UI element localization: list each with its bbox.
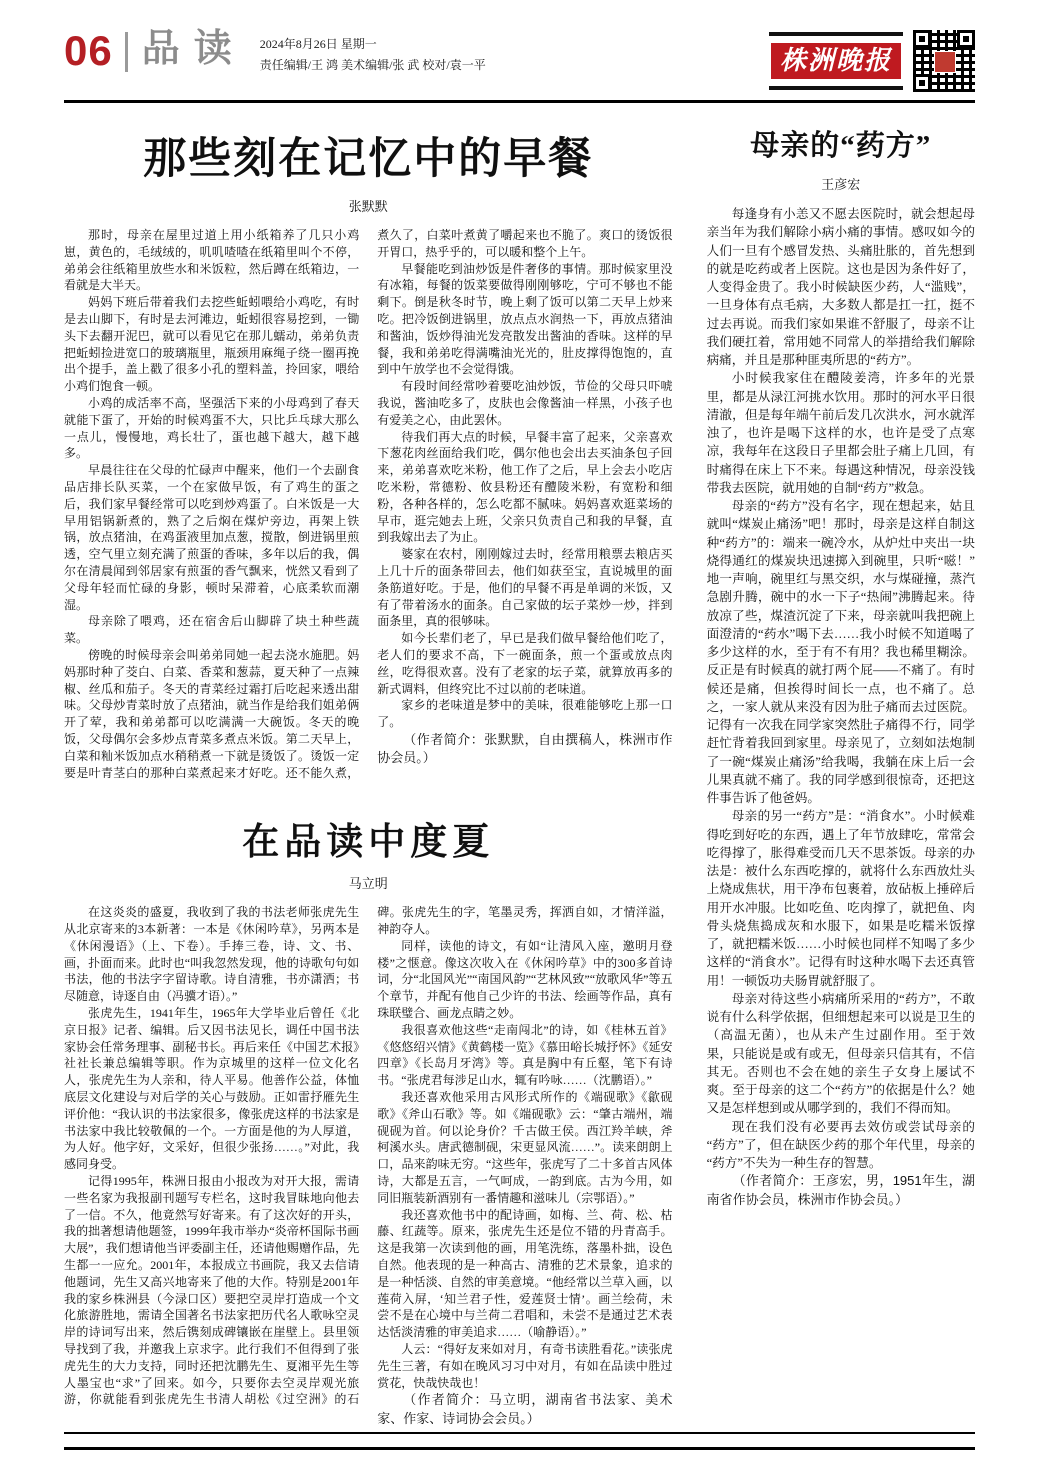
newspaper-page: 06 品读 2024年8月26日 星期一 责任编辑/王 鸿 美术编辑/张 武 校…	[0, 0, 1039, 1459]
paragraph: 妈妈下班后带着我们去挖些蚯蚓喂给小鸡吃，有时是去山脚下，有时是去河滩边，蚯蚓很容…	[64, 294, 359, 395]
paragraph: 我还喜欢他书中的配诗画，如梅、兰、荷、松、枯藤、红蔬等。原来，张虎先生还是位不错…	[377, 1207, 672, 1341]
section-title: 品读	[142, 30, 246, 70]
paragraph: 那时，母亲在屋里过道上用小纸箱养了几只小鸡崽，黄色的，毛绒绒的，叽叽喳喳在纸箱里…	[64, 227, 359, 294]
article-summer-reading: 在品读中度夏 马立明 在这炎炎的盛夏，我收到了我的书法老师张虎先生从北京寄来的3…	[64, 811, 673, 1459]
article-author: 马立明	[64, 873, 673, 892]
paragraph: 同样，读他的诗文，有如“让清风入座，邀明月登楼”之惬意。像这次收入在《休闲吟草》…	[377, 938, 672, 1022]
article-body: 那时，母亲在屋里过道上用小纸箱养了几只小鸡崽，黄色的，毛绒绒的，叽叽喳喳在纸箱里…	[64, 227, 673, 781]
article-author: 张默默	[64, 196, 673, 215]
author-bio: （作者简介：马立明，湖南省书法家、美术家、作家、诗词协会会员。）	[377, 1391, 672, 1427]
paragraph: 张虎先生，1941年生，1965年大学毕业后曾任《北京日报》记者、编辑。后又因书…	[64, 1005, 359, 1173]
qr-finder-icon	[957, 30, 975, 48]
paragraph: 母亲除了喂鸡，还在宿舍后山脚辟了块土种些蔬菜。	[64, 613, 359, 647]
paragraph: 有段时间经常吵着要吃油炒饭，节俭的父母只吓唬我说，酱油吃多了，皮肤也会像酱油一样…	[377, 378, 672, 428]
paragraph: 母亲的“药方”没有名字，现在想起来，姑且就叫“煤炭止痛汤”吧！那时，母亲是这样自…	[707, 497, 975, 807]
article-body: 每逢身有小恙又不愿去医院时，就会想起母亲当年为我们解除小病小痛的事情。感叹如今的…	[707, 205, 975, 1210]
bottom-rule	[64, 1432, 975, 1434]
article-title: 母亲的“药方”	[707, 123, 975, 164]
paragraph: 如今长辈们老了，早已是我们做早餐给他们吃了，老人们的要求不高，下一碗面条，煎一个…	[377, 630, 672, 697]
paragraph: 小时候我家住在醴陵姜湾，许多年的光景里，都是从渌江河挑水饮用。那时的河水平日很清…	[707, 369, 975, 497]
paragraph: 现在我们没有必要再去效仿或尝试母亲的“药方”了，但在缺医少药的那个年代里，母亲的…	[707, 1118, 975, 1173]
author-bio: （作者简介：张默默，自由撰稿人，株洲市作协会员。）	[377, 731, 672, 767]
left-articles-zone: 那些刻在记忆中的早餐 张默默 那时，母亲在屋里过道上用小纸箱养了几只小鸡崽，黄色…	[64, 109, 673, 1459]
paragraph: 母亲的另一“药方”是：“消食水”。小时候难得吃到好吃的东西，遇上了年节放肆吃，常…	[707, 807, 975, 990]
paragraph: 早晨往往在父母的忙碌声中醒来，他们一个去副食品店排长队买菜，一个在家做早饭，有了…	[64, 462, 359, 613]
article-mothers-remedy: 母亲的“药方” 王彦宏 每逢身有小恙又不愿去医院时，就会想起母亲当年为我们解除小…	[707, 109, 975, 1459]
header-divider	[125, 32, 128, 72]
qr-code-icon	[913, 30, 975, 92]
editors-line: 责任编辑/王 鸿 美术编辑/张 武 校对/袁一平	[260, 55, 486, 76]
paragraph: 人云：“得好友来如对月，有奇书读胜看花。”读张虎先生三著，有如在晚风习习中对月，…	[377, 1341, 672, 1391]
article-title: 在品读中度夏	[64, 811, 673, 865]
article-title: 那些刻在记忆中的早餐	[64, 125, 673, 186]
article-breakfast: 那些刻在记忆中的早餐 张默默 那时，母亲在屋里过道上用小纸箱养了几只小鸡崽，黄色…	[64, 125, 673, 781]
header-meta: 2024年8月26日 星期一 责任编辑/王 鸿 美术编辑/张 武 校对/袁一平	[260, 34, 486, 76]
qr-finder-icon	[913, 74, 931, 92]
paragraph: 在这炎炎的盛夏，我收到了我的书法老师张虎先生从北京寄来的3本新著：一本是《休闲吟…	[64, 904, 359, 1005]
paragraph: 婆家在农村，刚刚嫁过去时，经常用粮票去粮店买上几十斤的面条带回去，他们如获至宝，…	[377, 546, 672, 630]
page-header: 06 品读 2024年8月26日 星期一 责任编辑/王 鸿 美术编辑/张 武 校…	[64, 30, 975, 92]
paragraph: 我很喜欢他这些“走南闯北”的诗，如《桂林五首》《悠悠绍兴情》《黄鹤楼一览》《慕田…	[377, 1022, 672, 1089]
paragraph: 我还喜欢他采用古风形式所作的《端砚歌》《歙砚歌》《斧山石歌》等。如《端砚歌》云：…	[377, 1089, 672, 1207]
qr-finder-icon	[913, 30, 931, 48]
paragraph: 小鸡的成活率不高，坚强活下来的小母鸡到了春天就能下蛋了，开始的时候鸡蛋不大，只比…	[64, 395, 359, 462]
paragraph: 家乡的老味道是梦中的美味，很难能够吃上那一口了。	[377, 697, 672, 731]
page-number: 06	[64, 30, 113, 72]
article-author: 王彦宏	[707, 174, 975, 193]
paragraph: 每逢身有小恙又不愿去医院时，就会想起母亲当年为我们解除小病小痛的事情。感叹如今的…	[707, 205, 975, 369]
paragraph: 早餐能吃到油炒饭是件奢侈的事情。那时候家里没有冰箱，每餐的饭菜要做得刚刚够吃，宁…	[377, 261, 672, 379]
header-rule	[64, 100, 975, 103]
masthead-text: 株洲晚报	[771, 43, 901, 79]
paragraph: 母亲对待这些小病痛所采用的“药方”，不敢说有什么科学依据，但细想起来可以说是卫生…	[707, 990, 975, 1118]
qr-center-stamp-icon	[934, 51, 956, 73]
masthead-logo: 株洲晚报	[769, 32, 903, 90]
article-body: 在这炎炎的盛夏，我收到了我的书法老师张虎先生从北京寄来的3本新著：一本是《休闲吟…	[64, 904, 673, 1459]
bottom-rule	[64, 1447, 975, 1450]
paragraph: 待我们再大点的时候，早餐丰富了起来，父亲喜欢下葱花肉丝面给我们吃，偶尔他也会出去…	[377, 429, 672, 547]
author-bio: （作者简介：王彦宏，男，1951年生，湖南省作协会员，株洲市作协会员。）	[707, 1172, 975, 1210]
publication-date: 2024年8月26日 星期一	[260, 34, 486, 55]
